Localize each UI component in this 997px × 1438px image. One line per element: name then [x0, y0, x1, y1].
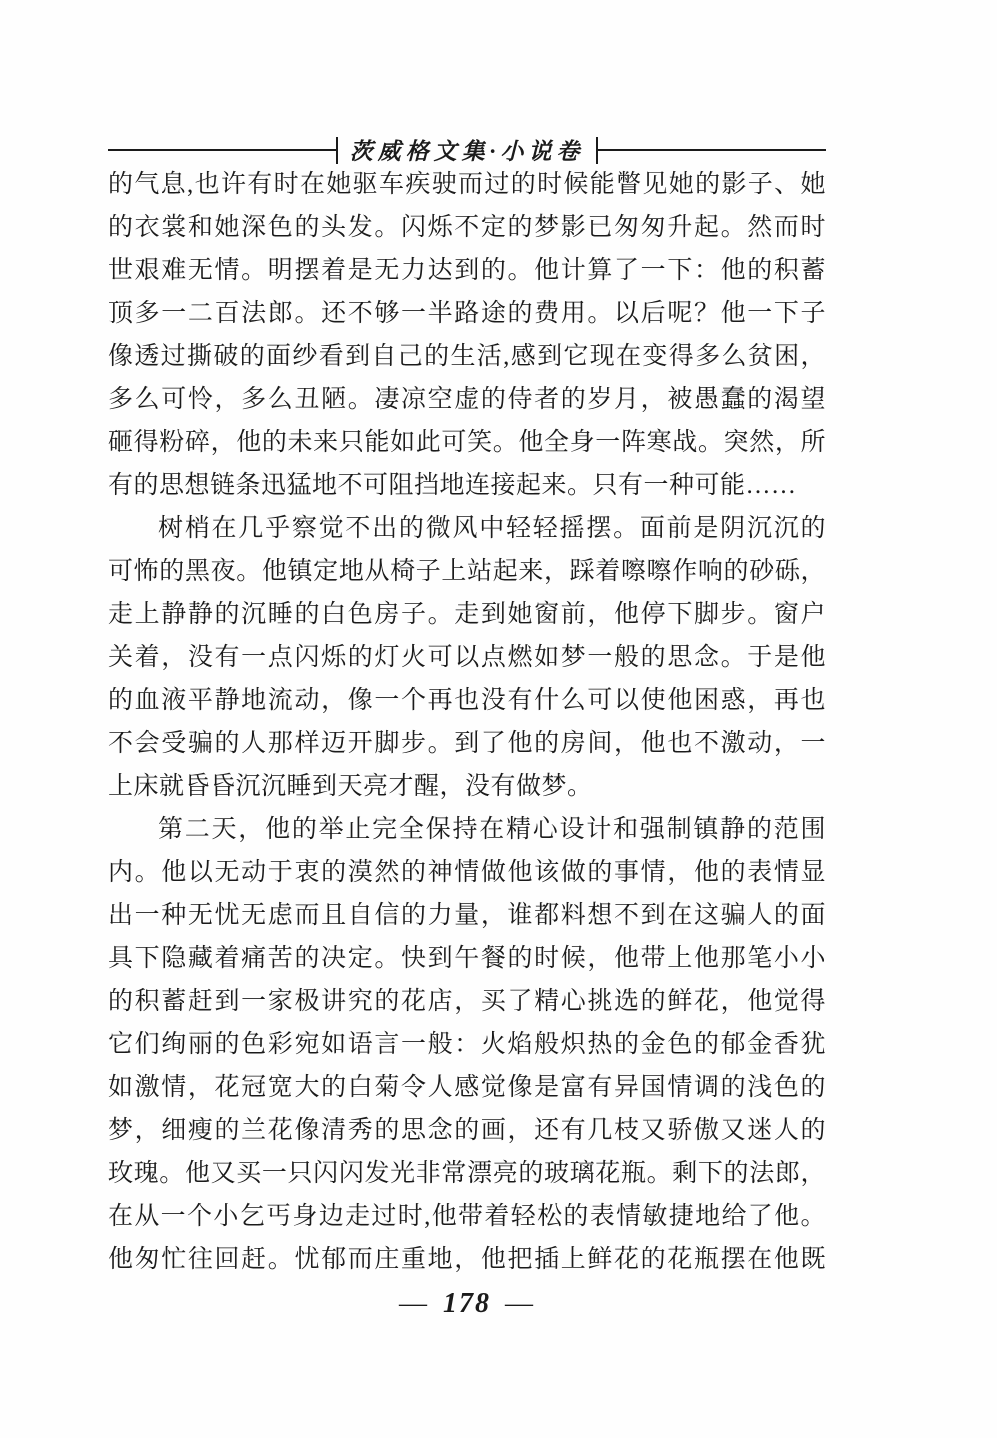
text-line: 关着，没有一点闪烁的灯火可以点燃如梦一般的思念。于是他 — [108, 636, 826, 679]
text-line: 像透过撕破的面纱看到自己的生活,感到它现在变得多么贫困， — [108, 335, 826, 378]
text-line: 世艰难无情。明摆着是无力达到的。他计算了一下：他的积蓄 — [108, 249, 826, 292]
text-line: 他匆忙往回赶。忧郁而庄重地，他把插上鲜花的花瓶摆在他既 — [108, 1238, 826, 1281]
page-number-dash-left: — — [399, 1288, 429, 1319]
page-number-value: 178 — [429, 1288, 505, 1319]
running-head-title: 茨威格文集·小说卷 — [338, 133, 597, 166]
text-line: 树梢在几乎察觉不出的微风中轻轻摇摆。面前是阴沉沉的 — [108, 507, 826, 550]
text-line: 具下隐藏着痛苦的决定。快到午餐的时候，他带上他那笔小小 — [108, 937, 826, 980]
text-line: 第二天，他的举止完全保持在精心设计和强制镇静的范围 — [108, 808, 826, 851]
text-line: 在从一个小乞丐身边走过时,他带着轻松的表情敏捷地给了他。 — [108, 1195, 826, 1238]
running-head-rule-left — [108, 149, 336, 151]
page-number: —178— — [108, 1288, 826, 1320]
text-line: 顶多一二百法郎。还不够一半路途的费用。以后呢？他一下子 — [108, 292, 826, 335]
text-line: 出一种无忧无虑而且自信的力量，谁都料想不到在这骗人的面 — [108, 894, 826, 937]
text-line: 可怖的黑夜。他镇定地从椅子上站起来，踩着嚓嚓作响的砂砾， — [108, 550, 826, 593]
text-line: 上床就昏昏沉沉睡到天亮才醒，没有做梦。 — [108, 765, 826, 808]
text-line: 有的思想链条迅猛地不可阻挡地连接起来。只有一种可能…… — [108, 464, 826, 507]
page-text: 的气息,也许有时在她驱车疾驶而过的时候能瞥见她的影子、她的衣裳和她深色的头发。闪… — [108, 163, 826, 1281]
text-line: 如激情，花冠宽大的白菊令人感觉像是富有异国情调的浅色的 — [108, 1066, 826, 1109]
text-line: 内。他以无动于衷的漠然的神情做他该做的事情，他的表情显 — [108, 851, 826, 894]
text-line: 砸得粉碎，他的未来只能如此可笑。他全身一阵寒战。突然，所 — [108, 421, 826, 464]
running-head: 茨威格文集·小说卷 — [108, 133, 826, 167]
running-head-rule-right — [598, 149, 826, 151]
text-line: 不会受骗的人那样迈开脚步。到了他的房间，他也不激动，一 — [108, 722, 826, 765]
text-line: 的衣裳和她深色的头发。闪烁不定的梦影已匆匆升起。然而时 — [108, 206, 826, 249]
text-line: 玫瑰。他又买一只闪闪发光非常漂亮的玻璃花瓶。剩下的法郎， — [108, 1152, 826, 1195]
text-line: 多么可怜，多么丑陋。凄凉空虚的侍者的岁月，被愚蠢的渴望 — [108, 378, 826, 421]
text-line: 的积蓄赶到一家极讲究的花店，买了精心挑选的鲜花，他觉得 — [108, 980, 826, 1023]
text-line: 的气息,也许有时在她驱车疾驶而过的时候能瞥见她的影子、她 — [108, 163, 826, 206]
page-number-dash-right: — — [505, 1288, 535, 1319]
text-line: 走上静静的沉睡的白色房子。走到她窗前，他停下脚步。窗户 — [108, 593, 826, 636]
text-line: 的血液平静地流动，像一个再也没有什么可以使他困惑，再也 — [108, 679, 826, 722]
book-page: 茨威格文集·小说卷 的气息,也许有时在她驱车疾驶而过的时候能瞥见她的影子、她的衣… — [0, 0, 997, 1438]
text-line: 梦，细瘦的兰花像清秀的思念的画，还有几枝又骄傲又迷人的 — [108, 1109, 826, 1152]
text-line: 它们绚丽的色彩宛如语言一般：火焰般炽热的金色的郁金香犹 — [108, 1023, 826, 1066]
